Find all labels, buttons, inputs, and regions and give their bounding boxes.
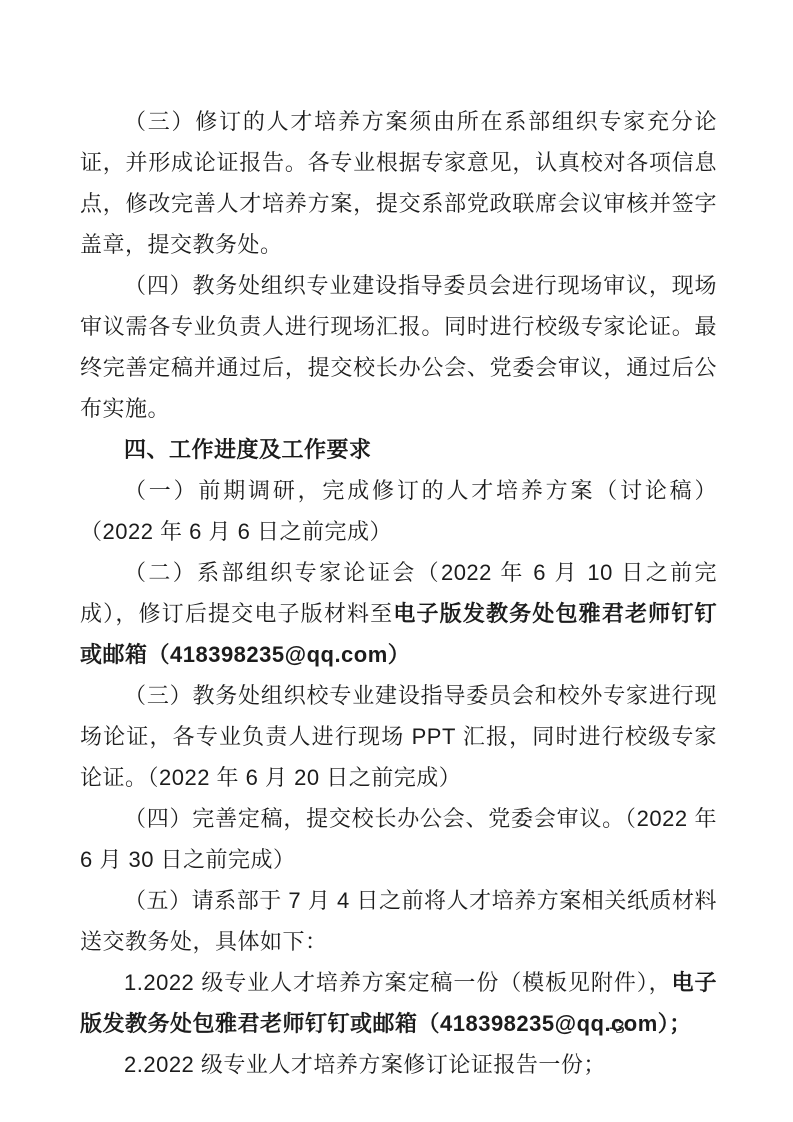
paragraph-review-item-4: （四）教务处组织专业建设指导委员会进行现场审议，现场审议需各专业负责人进行现场汇…	[80, 265, 717, 429]
paragraph-step-4: （四）完善定稿，提交校长办公会、党委会审议。（2022 年 6 月 30 日之前…	[80, 798, 717, 880]
document-body: （三）修订的人才培养方案须由所在系部组织专家充分论证，并形成论证报告。各专业根据…	[80, 0, 717, 1085]
paragraph-review-item-3: （三）修订的人才培养方案须由所在系部组织专家充分论证，并形成论证报告。各专业根据…	[80, 101, 717, 265]
paragraph-step-3: （三）教务处组织校专业建设指导委员会和校外专家进行现场论证，各专业负责人进行现场…	[80, 675, 717, 798]
page-number: -3-	[588, 1017, 652, 1039]
section-heading-work-schedule: 四、工作进度及工作要求	[80, 429, 717, 470]
paragraph-material-2: 2.2022 级专业人才培养方案修订论证报告一份；	[80, 1044, 717, 1085]
document-page: （三）修订的人才培养方案须由所在系部组织专家充分论证，并形成论证报告。各专业根据…	[0, 0, 793, 1122]
material-1-text: 1.2022 级专业人才培养方案定稿一份（模板见附件），	[124, 970, 672, 995]
paragraph-step-1: （一）前期调研，完成修订的人才培养方案（讨论稿）（2022 年 6 月 6 日之…	[80, 470, 717, 552]
paragraph-step-5: （五）请系部于 7 月 4 日之前将人才培养方案相关纸质材料送交教务处，具体如下…	[80, 880, 717, 962]
paragraph-step-2: （二）系部组织专家论证会（2022 年 6 月 10 日之前完成），修订后提交电…	[80, 552, 717, 675]
